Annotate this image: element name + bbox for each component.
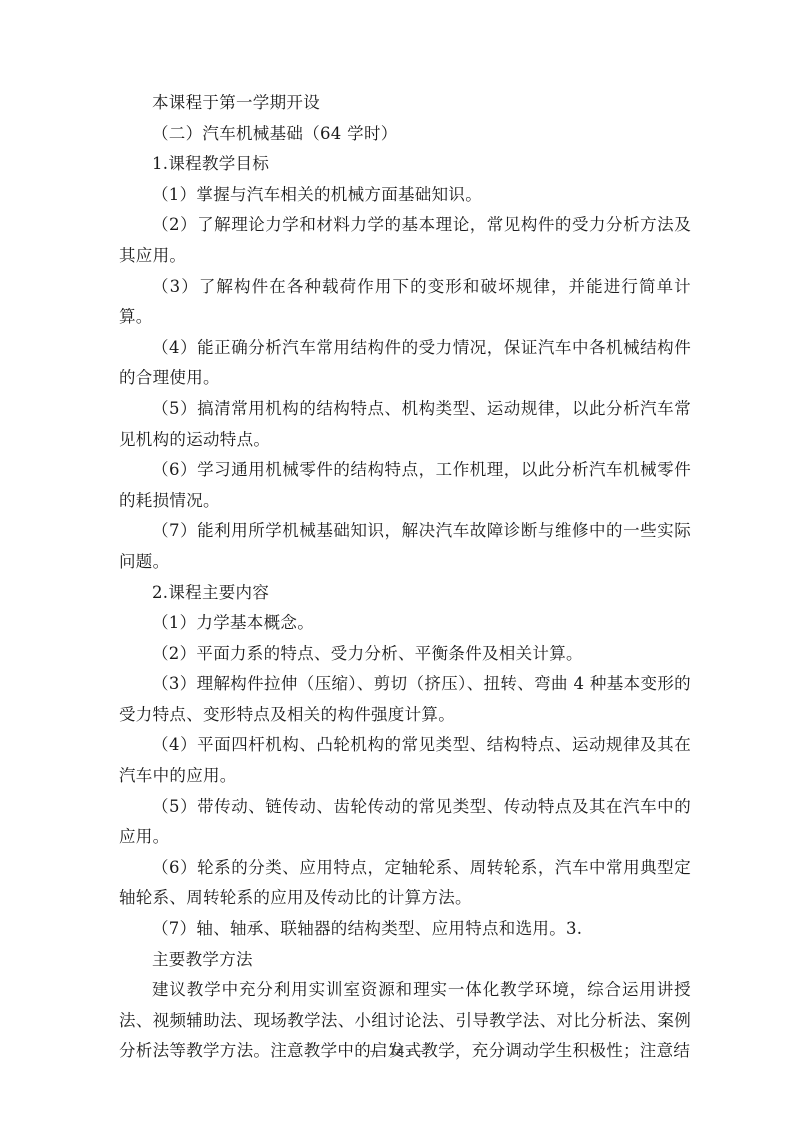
document-page: 本课程于第一学期开设 （二）汽车机械基础（64 学时） 1.课程教学目标 （1）…	[119, 88, 691, 1067]
content-item: （4）平面四杆机构、凸轮机构的常见类型、结构特点、运动规律及其在汽车中的应用。	[119, 730, 691, 791]
objective-item: （6）学习通用机械零件的结构特点，工作机理，以此分析汽车机械零件的耗损情况。	[119, 455, 691, 516]
course-title: （二）汽车机械基础（64 学时）	[119, 119, 691, 150]
content-heading: 2.课程主要内容	[119, 578, 691, 609]
content-item: （5）带传动、链传动、齿轮传动的常见类型、传动特点及其在汽车中的应用。	[119, 792, 691, 853]
objective-item: （2）了解理论力学和材料力学的基本理论，常见构件的受力分析方法及其应用。	[119, 210, 691, 271]
content-item: （7）轴、轴承、联轴器的结构类型、应用特点和选用。3.	[119, 914, 691, 945]
objective-item: （1）掌握与汽车相关的机械方面基础知识。	[119, 180, 691, 211]
objectives-heading: 1.课程教学目标	[119, 149, 691, 180]
content-item: （1）力学基本概念。	[119, 608, 691, 639]
objective-item: （4）能正确分析汽车常用结构件的受力情况，保证汽车中各机械结构件的合理使用。	[119, 333, 691, 394]
methods-heading: 主要教学方法	[119, 945, 691, 976]
page-number: — 14 —	[0, 1043, 793, 1060]
content-item: （3）理解构件拉伸（压缩）、剪切（挤压）、扭转、弯曲 4 种基本变形的受力特点、…	[119, 669, 691, 730]
objective-item: （3）了解构件在各种载荷作用下的变形和破坏规律，并能进行简单计算。	[119, 272, 691, 333]
objective-item: （7）能利用所学机械基础知识，解决汽车故障诊断与维修中的一些实际问题。	[119, 516, 691, 577]
objective-item: （5）搞清常用机构的结构特点、机构类型、运动规律，以此分析汽车常见机构的运动特点…	[119, 394, 691, 455]
content-item: （6）轮系的分类、应用特点，定轴轮系、周转轮系，汽车中常用典型定轴轮系、周转轮系…	[119, 853, 691, 914]
course-semester-note: 本课程于第一学期开设	[119, 88, 691, 119]
content-item: （2）平面力系的特点、受力分析、平衡条件及相关计算。	[119, 639, 691, 670]
